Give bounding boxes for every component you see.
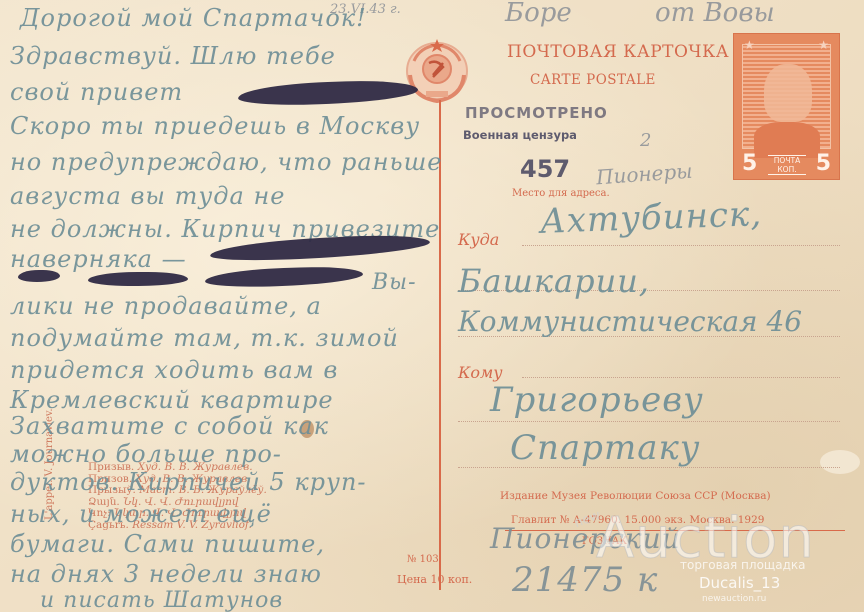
- card-title-ru: ПОЧТОВАЯ КАРТОЧКА: [507, 42, 729, 62]
- handwritten-address-3: Коммунистическая 46: [458, 305, 802, 338]
- message-line: бумаги. Сами пишите,: [10, 530, 325, 558]
- handwritten-recipient-2: Спартаку: [510, 428, 700, 468]
- handwritten-to: Боре: [505, 0, 572, 28]
- stamp-value-left: 5: [742, 151, 757, 176]
- message-line: подумайте там, т.к. зимой: [10, 324, 399, 352]
- watermark-subtitle: торговая площадка: [680, 558, 805, 572]
- ussr-emblem-icon: [400, 35, 474, 107]
- stamp-soldier-body: [754, 122, 820, 158]
- message-line: Вы-: [372, 270, 417, 295]
- watermark-site: newauction.ru: [702, 594, 766, 604]
- recipient-line-2: [458, 421, 840, 422]
- stamp-soldier-portrait: [764, 64, 812, 122]
- postage-stamp: ★ ★ 5 ПОЧТА КОП. 5: [733, 33, 840, 180]
- pencil-mark: 2: [640, 130, 651, 151]
- message-line: августа вы туда не: [10, 182, 285, 210]
- card-title-fr: CARTE POSTALE: [530, 72, 656, 88]
- handwritten-address-2: Башкарии,: [458, 262, 650, 300]
- publisher-imprint: Издание Музея Революции Союза ССР (Москв…: [500, 490, 771, 502]
- handwritten-recipient-1: Григорьеву: [490, 380, 704, 420]
- message-line: ных, и может ещё: [10, 500, 272, 528]
- censor-stamp-line2: Военная цензура: [463, 128, 577, 142]
- censor-blot: [238, 79, 419, 107]
- censor-blot: [205, 265, 364, 289]
- message-line: Здравствуй. Шлю тебе: [10, 42, 336, 70]
- card-number: № 103.: [407, 554, 442, 565]
- stamp-label-bottom: КОП.: [768, 165, 806, 174]
- message-line: на днях 3 недели знаю: [10, 560, 322, 588]
- censor-number: 457: [520, 155, 570, 183]
- postcard: ПОЧТОВАЯ КАРТОЧКА CARTE POSTALE ★ ★ 5 ПО…: [0, 0, 864, 612]
- message-line: Дорогой мой Спартачок!: [20, 4, 367, 32]
- star-icon: ★: [818, 38, 829, 52]
- message-line: но предупреждаю, что раньше: [10, 148, 443, 176]
- message-line: и писать Шатунов: [40, 588, 283, 612]
- handwritten-from: от Вовы: [655, 0, 775, 28]
- stamp-value-right: 5: [816, 151, 831, 176]
- paper-stain: [820, 450, 860, 474]
- handwritten-address-1: Ахтубинск,: [539, 194, 762, 242]
- censor-blot: [18, 270, 60, 282]
- message-line: свой привет: [10, 78, 183, 106]
- message-line: лики не продавайте, а: [10, 292, 322, 320]
- message-line: Захватите с собой как: [10, 412, 329, 440]
- pencil-note: Пионеры: [595, 159, 693, 190]
- address-line-1: [522, 245, 840, 246]
- watermark-seller: Ducalis_13: [699, 574, 780, 592]
- censor-blot: [88, 272, 188, 286]
- address-hint: Место для адреса.: [512, 188, 610, 199]
- message-line: Скоро ты приедешь в Москву: [10, 112, 420, 140]
- stamp-label: ПОЧТА КОП.: [768, 155, 806, 175]
- stamp-label-top: ПОЧТА: [768, 156, 806, 165]
- label-where: Куда: [458, 230, 499, 249]
- star-icon: ★: [744, 38, 755, 52]
- message-line: наверняка —: [10, 245, 187, 273]
- censor-stamp-line1: ПРОСМОТРЕНО: [465, 104, 608, 122]
- message-line: можно больше про-: [10, 440, 282, 468]
- message-line: придется ходить вам в: [10, 356, 338, 384]
- card-price: Цена 10 коп.: [397, 573, 472, 586]
- message-line: дуктов. Кирпичей 5 круп-: [10, 468, 367, 496]
- message-line: Кремлевский квартире: [10, 386, 334, 414]
- recipient-line-1: [522, 377, 840, 378]
